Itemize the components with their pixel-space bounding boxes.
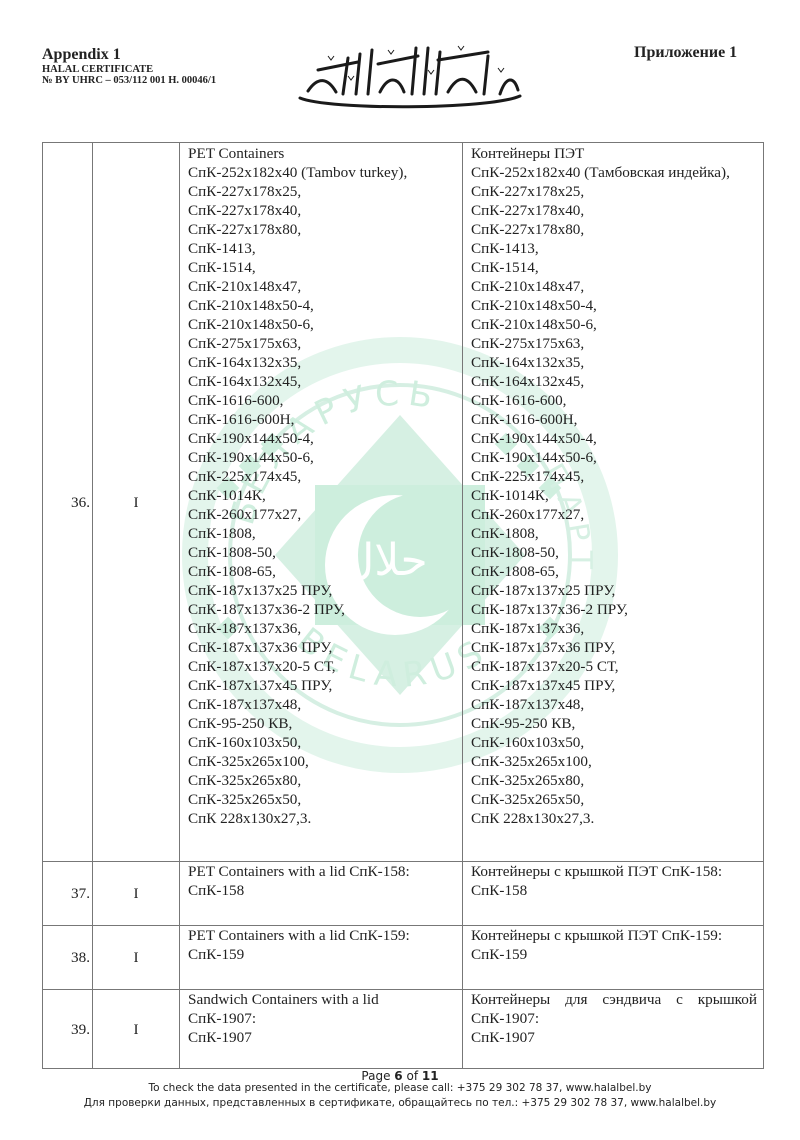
description-line: СпК-187x137x48, <box>471 695 757 714</box>
description-line: СпК-1014К, <box>188 486 456 505</box>
description-line: СпК-1514, <box>188 258 456 277</box>
row-description-en: PET Containers with a lid СпК-158:СпК-15… <box>180 862 463 926</box>
description-line: СпК-160x103x50, <box>471 733 757 752</box>
description-line: СпК-1808-65, <box>188 562 456 581</box>
description-line: СпК-325x265x50, <box>188 790 456 809</box>
certificate-number: № BY UHRC – 053/112 001 H. 00046/1 <box>42 75 216 87</box>
description-line: СпК-275x175x63, <box>188 334 456 353</box>
description-line: СпК-1616-600Н, <box>471 410 757 429</box>
description-line: СпК-1808, <box>471 524 757 543</box>
description-line: СпК-225x174x45, <box>188 467 456 486</box>
description-line: СпК-187x137x36, <box>188 619 456 638</box>
row-group: I <box>93 926 180 990</box>
description-line: СпК-164x132x45, <box>471 372 757 391</box>
description-line: СпК-1616-600, <box>188 391 456 410</box>
description-line: Контейнеры с крышкой ПЭТ СпК-158: <box>471 862 757 881</box>
description-line: СпК-1014К, <box>471 486 757 505</box>
description-line: СпК-227x178x40, <box>188 201 456 220</box>
description-line: СпК-252x182x40 (Tambov turkey), <box>188 163 456 182</box>
description-line: СпК-227x178x80, <box>471 220 757 239</box>
description-line: СпК-210x148x50-6, <box>188 315 456 334</box>
description-line: СпК-187x137x36-2 ПРУ, <box>471 600 757 619</box>
description-line: СпК-1808-50, <box>471 543 757 562</box>
description-line: СпК-187x137x45 ПРУ, <box>188 676 456 695</box>
description-line: СпК-159 <box>188 945 456 964</box>
description-line: СпК-1907 <box>471 1028 757 1047</box>
description-line: СпК-210x148x47, <box>188 277 456 296</box>
header-left: Appendix 1 HALAL CERTIFICATE № BY UHRC –… <box>42 46 216 87</box>
description-line: СпК-1907: <box>471 1009 757 1028</box>
description-line: СпК-187x137x36 ПРУ, <box>188 638 456 657</box>
description-line: СпК-325x265x100, <box>471 752 757 771</box>
page-indicator: Page 6 of 11 <box>0 1069 800 1083</box>
description-line: СпК-95-250 КВ, <box>188 714 456 733</box>
description-line: СпК-252x182x40 (Тамбовская индейка), <box>471 163 757 182</box>
description-line: СпК-164x132x35, <box>188 353 456 372</box>
row-description-ru: Контейнеры для сэндвича с крышкойСпК-190… <box>463 990 764 1069</box>
description-line: СпК-210x148x50-4, <box>471 296 757 315</box>
description-line: СпК-190x144x50-4, <box>471 429 757 448</box>
description-line: СпК-187x137x48, <box>188 695 456 714</box>
description-line: СпК-187x137x36, <box>471 619 757 638</box>
row-description-en: PET ContainersСпК-252x182x40 (Tambov tur… <box>180 143 463 862</box>
description-line: СпК-190x144x50-6, <box>471 448 757 467</box>
description-line: СпК-158 <box>471 881 757 900</box>
description-line: СпК-1907: <box>188 1009 456 1028</box>
description-line: СпК-187x137x25 ПРУ, <box>188 581 456 600</box>
row-group: I <box>93 862 180 926</box>
description-line: СпК-1808-65, <box>471 562 757 581</box>
description-line: Sandwich Containers with a lid <box>188 990 456 1009</box>
row-group: I <box>93 143 180 862</box>
row-number: 39. <box>43 990 93 1069</box>
description-line: СпК-190x144x50-4, <box>188 429 456 448</box>
svg-text:بسم الله الرحمن الرحيم: بسم الله الرحمن الرحيم <box>404 113 415 115</box>
description-line: СпК-187x137x36-2 ПРУ, <box>188 600 456 619</box>
page-of: of <box>403 1069 422 1083</box>
description-line: СпК-260x177x27, <box>188 505 456 524</box>
description-line: СпК-1413, <box>471 239 757 258</box>
description-line: PET Containers <box>188 144 456 163</box>
description-line: PET Containers with a lid СпК-158: <box>188 862 456 881</box>
row-description-ru: Контейнеры с крышкой ПЭТ СпК-159:СпК-159 <box>463 926 764 990</box>
description-line: СпК-325x265x50, <box>471 790 757 809</box>
row-description-ru: Контейнеры ПЭТСпК-252x182x40 (Тамбовская… <box>463 143 764 862</box>
appendix-title: Appendix 1 <box>42 46 216 64</box>
description-line: СпК-227x178x25, <box>471 182 757 201</box>
description-line: СпК-225x174x45, <box>471 467 757 486</box>
table-row: 38. I PET Containers with a lid СпК-159:… <box>43 926 764 990</box>
description-line: СпК-210x148x50-6, <box>471 315 757 334</box>
row-number: 36. <box>43 143 93 862</box>
description-line: СпК-160x103x50, <box>188 733 456 752</box>
description-line: СпК-164x132x45, <box>188 372 456 391</box>
description-line: СпК-187x137x20-5 СТ, <box>188 657 456 676</box>
description-line: СпК-158 <box>188 881 456 900</box>
description-line: СпК-190x144x50-6, <box>188 448 456 467</box>
description-line: СпК 228x130x27,3. <box>188 809 456 828</box>
description-line: СпК-210x148x47, <box>471 277 757 296</box>
products-table: 36. I PET ContainersСпК-252x182x40 (Tamb… <box>42 142 764 1069</box>
row-description-en: PET Containers with a lid СпК-159:СпК-15… <box>180 926 463 990</box>
description-line: СпК-187x137x25 ПРУ, <box>471 581 757 600</box>
description-line: СпК-210x148x50-4, <box>188 296 456 315</box>
description-line: СпК-1907 <box>188 1028 456 1047</box>
description-line: СпК-1808, <box>188 524 456 543</box>
footer-verification-ru: Для проверки данных, представленных в се… <box>0 1097 800 1109</box>
appendix-title-ru: Приложение 1 <box>634 44 737 62</box>
description-line: СпК-227x178x80, <box>188 220 456 239</box>
certificate-label: HALAL CERTIFICATE <box>42 64 216 76</box>
basmala-calligraphy-icon: بسم الله الرحمن الرحيم <box>288 36 530 116</box>
description-line: СпК-325x265x80, <box>471 771 757 790</box>
description-line: СпК-1413, <box>188 239 456 258</box>
description-line: СпК-227x178x25, <box>188 182 456 201</box>
description-line: СпК-1808-50, <box>188 543 456 562</box>
description-line: СпК-1514, <box>471 258 757 277</box>
description-line: СпК 228x130x27,3. <box>471 809 757 828</box>
description-line: СпК-325x265x100, <box>188 752 456 771</box>
footer-verification-en: To check the data presented in the certi… <box>0 1082 800 1094</box>
description-line: СпК-95-250 КВ, <box>471 714 757 733</box>
description-line: СпК-159 <box>471 945 757 964</box>
description-line: СпК-260x177x27, <box>471 505 757 524</box>
description-line: СпК-325x265x80, <box>188 771 456 790</box>
description-line: СпК-1616-600, <box>471 391 757 410</box>
table-row: 39. I Sandwich Containers with a lidСпК-… <box>43 990 764 1069</box>
description-line: СпК-187x137x45 ПРУ, <box>471 676 757 695</box>
table-row: 36. I PET ContainersСпК-252x182x40 (Tamb… <box>43 143 764 862</box>
description-line: СпК-275x175x63, <box>471 334 757 353</box>
row-number: 38. <box>43 926 93 990</box>
description-line: Контейнеры ПЭТ <box>471 144 757 163</box>
description-line: СпК-164x132x35, <box>471 353 757 372</box>
page-prefix: Page <box>361 1069 394 1083</box>
row-description-en: Sandwich Containers with a lidСпК-1907:С… <box>180 990 463 1069</box>
row-number: 37. <box>43 862 93 926</box>
row-description-ru: Контейнеры с крышкой ПЭТ СпК-158:СпК-158 <box>463 862 764 926</box>
description-line: СпК-187x137x20-5 СТ, <box>471 657 757 676</box>
description-line: Контейнеры для сэндвича с крышкой <box>471 990 757 1009</box>
description-line: СпК-187x137x36 ПРУ, <box>471 638 757 657</box>
description-line: PET Containers with a lid СпК-159: <box>188 926 456 945</box>
table-row: 37. I PET Containers with a lid СпК-158:… <box>43 862 764 926</box>
description-line: Контейнеры с крышкой ПЭТ СпК-159: <box>471 926 757 945</box>
description-line: СпК-227x178x40, <box>471 201 757 220</box>
description-line: СпК-1616-600Н, <box>188 410 456 429</box>
page-current: 6 <box>394 1069 402 1083</box>
row-group: I <box>93 990 180 1069</box>
page-total: 11 <box>422 1069 439 1083</box>
